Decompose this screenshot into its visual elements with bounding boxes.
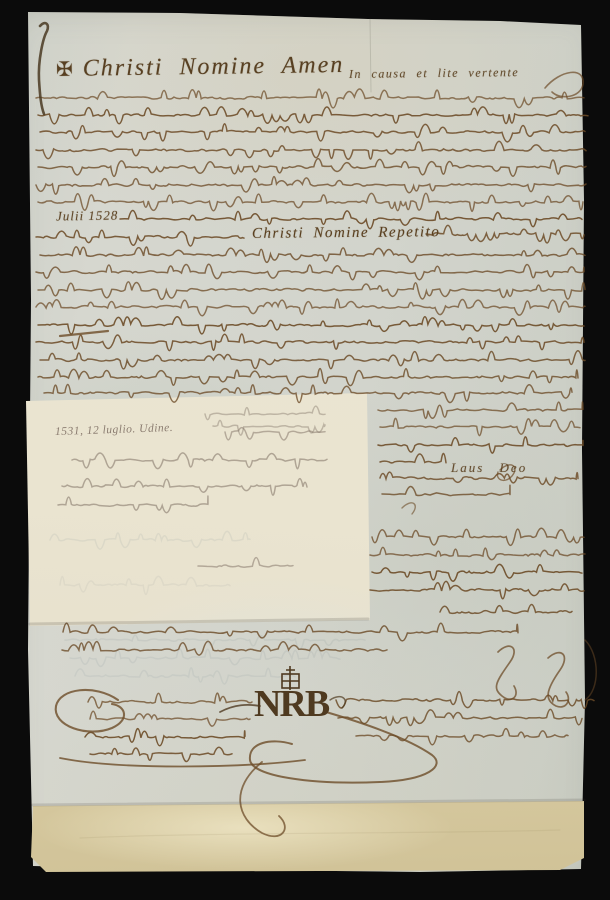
flourish-stroke bbox=[585, 640, 596, 700]
photograph-stage: NRB ✠Christi Nomine Amen In causa et lit… bbox=[0, 0, 610, 900]
